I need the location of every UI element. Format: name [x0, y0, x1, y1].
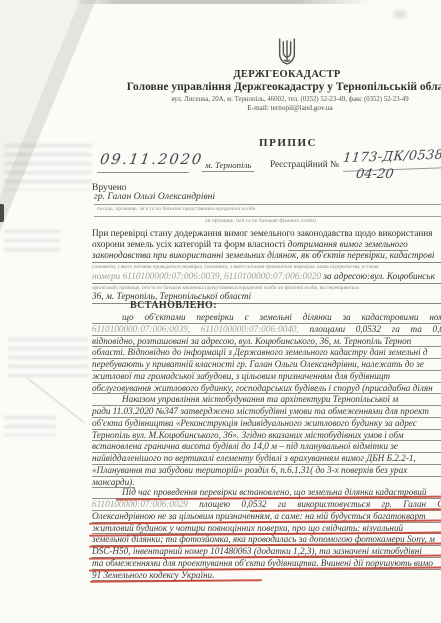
office-email: E-mail: ternopil@land.gov.ua	[247, 104, 332, 112]
line-text: 91 Земельного кодексу України.	[92, 570, 214, 581]
line-text: за адресою:вул. Коцюбинськ	[321, 272, 435, 282]
office-name: Головне управління Держгеокадастру у Тер…	[127, 81, 441, 93]
line-text: мансарди).	[92, 477, 135, 488]
bleedthrough-artifact	[4, 230, 60, 254]
document-line: області. Відповідно до інформації з Держ…	[92, 347, 441, 359]
scan-edge-shadow	[72, 0, 371, 4]
document-line-red-underlined: земельної ділянки; та фотозйомка, яка пр…	[92, 534, 441, 546]
document-line: перебувають у приватній власності гр. Га…	[92, 359, 441, 371]
line-text: DSC-H50, інвентарний номер 101480063 (до…	[92, 546, 422, 556]
line-text: обслуговування житлового будинку, господ…	[92, 383, 433, 393]
line-text: Наказом управління містобудування та арх…	[122, 394, 398, 404]
line-text: житлової та громадської забудови, з ціль…	[92, 371, 390, 381]
line-text: Олександрівною не за цільовим призначенн…	[92, 511, 426, 521]
line-text: встановлена гранична висота будівлі до 1…	[92, 441, 398, 451]
form-fineprint: організацій, прізвище, ім'я та по батько…	[92, 284, 441, 292]
document-line: ради 11.03.2020 №347 затверджено містобу…	[92, 406, 441, 418]
line-text: земельної ділянки; та фотозйомка, яка пр…	[92, 534, 435, 544]
served-name-line: гр. Галан Ользі Олександрівні	[94, 191, 441, 205]
document-line-red-underlined: Олександрівною не за цільовим призначенн…	[92, 511, 441, 523]
line-text: житловий будинок у чотири повноцінних по…	[92, 523, 403, 533]
blank-form-line	[94, 209, 441, 217]
document-line: об'єкта будівництва «Реконструкція індив…	[92, 418, 441, 430]
handwritten-date: 09.11.2020	[99, 152, 204, 168]
document-line: встановлена гранична висота будівлі до 1…	[92, 441, 441, 453]
document-line: Наказом управління містобудування та арх…	[92, 394, 441, 406]
document-line: мансарди).	[92, 477, 135, 488]
cadastral-number-faint: 6110100000:07:006:0039, 6110100000:07:00…	[92, 324, 299, 334]
line-text: що об'єктами перевірки є земельні ділянк…	[122, 312, 441, 322]
bleedthrough-artifact	[4, 144, 92, 190]
office-address: вул. Лисенка, 20А, м. Тернопіль, 46002, …	[171, 96, 408, 103]
document-line: «Планування та забудови територій» розді…	[92, 465, 441, 477]
scan-smudge	[393, 10, 407, 18]
document-line: Тернопіль вул. М.Коцюбинського, 36». Згі…	[92, 430, 441, 442]
scanned-document-page: ДЕРЖГЕОКАДАСТР Головне управління Держге…	[0, 0, 441, 623]
established-body: що об'єктами перевірки є земельні ділянк…	[92, 312, 441, 580]
line-text: «Планування та забудови територій» розді…	[92, 465, 407, 475]
form-fineprint: (зазначити, з якого питання проводиться …	[92, 263, 441, 271]
document-title: ПРИПИС	[259, 137, 317, 149]
document-line: відповідно, розташовані за адресою, вул.…	[92, 336, 441, 348]
ukraine-tryzub-emblem-icon	[276, 37, 298, 71]
line-text: перебувають у приватній власності гр. Га…	[92, 359, 424, 369]
line-text: об'єкта будівництва «Реконструкція індив…	[92, 418, 417, 428]
line-text: охорони земель усіх категорій та форм вл…	[92, 240, 288, 250]
line-text: площею 0,0532 га використовується гр. Га…	[199, 499, 441, 509]
filled-in-line: номери 6110100000:07:006:0039, 611010000…	[92, 272, 441, 284]
line-text: області. Відповідно до інформації з Держ…	[92, 347, 428, 357]
document-line: обслуговування житлового будинку, господ…	[92, 383, 441, 395]
date-underline	[97, 172, 189, 173]
document-line-red-underlined: DSC-H50, інвентарний номер 101480063 (до…	[92, 546, 441, 558]
document-line-red-underlined: та обмеженнями для проектування об'єкта …	[92, 558, 441, 570]
filled-in-text: дотримання вимог земельного	[288, 240, 408, 251]
bleedthrough-artifact	[8, 338, 88, 378]
document-city: м. Тернопіль	[202, 160, 254, 172]
document-line: житлової та громадської забудови, з ціль…	[92, 371, 441, 383]
document-line: При перевірці стану додержання вимог зем…	[92, 229, 441, 240]
form-caption: чи прізвище, ім'я та по батькові фізично…	[205, 218, 316, 224]
document-line-red-underlined: 6110100000:07:006:0029 площею 0,0532 га …	[92, 499, 441, 511]
filled-in-line: законодавства при використанні земельних…	[92, 251, 441, 263]
agency-name: ДЕРЖГЕОКАДАСТР	[233, 69, 340, 80]
line-text: ради 11.03.2020 №347 затверджено містобу…	[92, 406, 429, 416]
line-text: найвіддаленішого по вертикалі елементу б…	[92, 453, 416, 463]
document-line-red-underlined: 91 Земельного кодексу України.	[92, 570, 214, 581]
line-text: відповідно, розташовані за адресою, вул.…	[92, 336, 411, 346]
registration-number-label: Реєстраційний №	[270, 160, 339, 170]
document-line: найвіддаленішого по вертикалі елементу б…	[92, 453, 441, 465]
served-name: гр. Галан Ользі Олександрівні	[94, 191, 215, 202]
bleedthrough-artifact	[4, 416, 56, 436]
document-line: охорони земель усіх категорій та форм вл…	[92, 240, 441, 251]
line-text: та обмеженнями для проектування об'єкта …	[92, 558, 433, 568]
document-line: 6110100000:07:006:0039, 6110100000:07:00…	[92, 324, 441, 336]
scan-edge-mark	[0, 204, 4, 222]
established-heading: ВСТАНОВЛЕНО:	[130, 300, 217, 311]
document-line: що об'єктами перевірки є земельні ділянк…	[92, 312, 441, 324]
cadastral-number-faint: 6110100000:07:006:0029	[92, 499, 188, 509]
line-text: Тернопіль вул. М.Коцюбинського, 36». Згі…	[92, 430, 404, 440]
line-text: площами 0,0532 га та 0,0	[310, 324, 441, 334]
line-text: Під час проведення перевірки встановлено…	[122, 487, 426, 497]
handwritten-registration-number-line2: 04-20	[355, 167, 395, 182]
cadastral-numbers-faint: номери 6110100000:07:006:0039, 611010000…	[92, 272, 321, 282]
subject-paragraph: При перевірці стану додержання вимог зем…	[92, 229, 441, 304]
handwritten-registration-number: 1173-ДК/0538 Н,	[342, 147, 441, 166]
document-line-red-underlined: Під час проведення перевірки встановлено…	[92, 487, 441, 499]
document-line-red-underlined: житловий будинок у чотири повноцінних по…	[92, 523, 441, 535]
